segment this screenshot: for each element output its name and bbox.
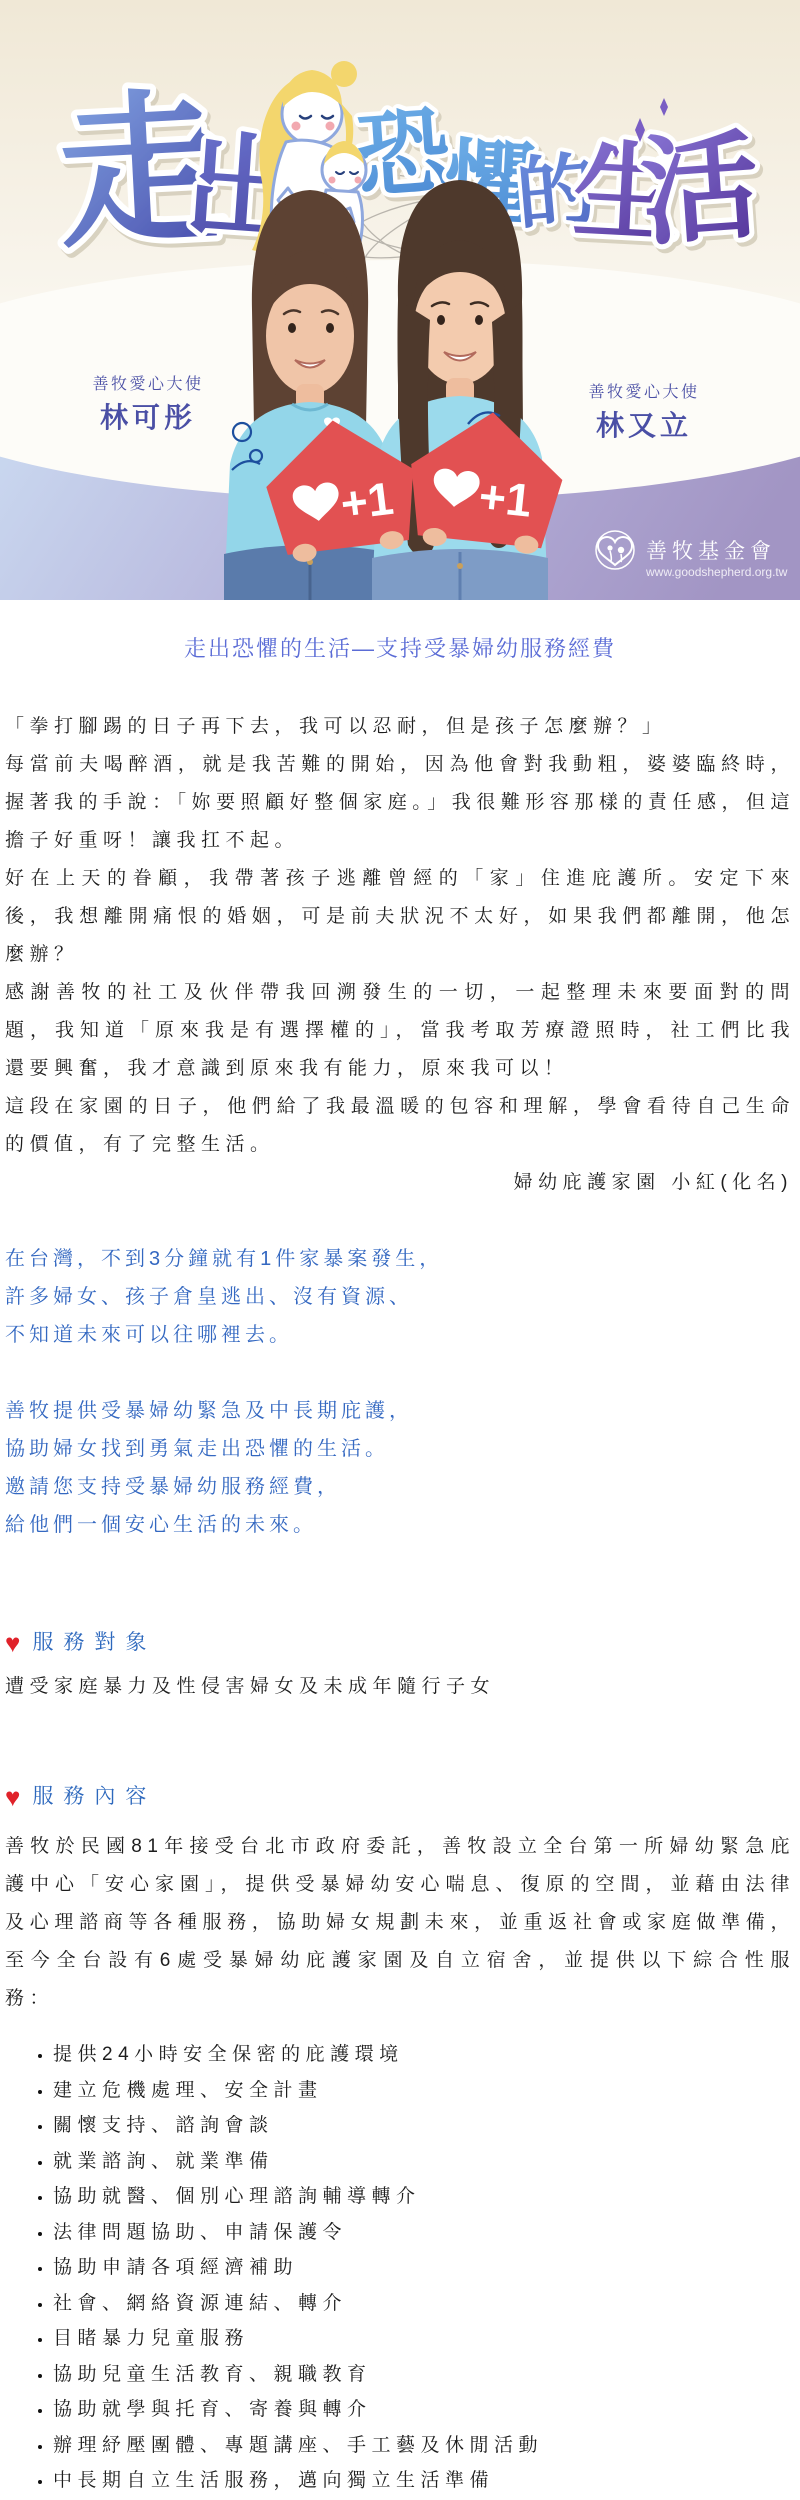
service-audience-heading-label: 服務對象 xyxy=(32,1626,156,1660)
service-list: 提供24小時安全保密的庇護環境建立危機處理、安全計畫關懷支持、諮詢會談就業諮詢、… xyxy=(5,2037,795,2499)
service-list-item: 關懷支持、諮詢會談 xyxy=(53,2108,795,2144)
service-content-heading: ♥ 服務內容 xyxy=(5,1780,795,1814)
appeal-statistics-lines: 在台灣，不到3分鐘就有1件家暴案發生，許多婦女、孩子倉皇逃出、沒有資源、不知道未… xyxy=(5,1240,795,1354)
service-list-item: 建立危機處理、安全計畫 xyxy=(53,2073,795,2109)
service-audience-body: 遭受家庭暴力及性侵害婦女及未成年隨行子女 xyxy=(5,1668,795,1706)
service-list-item: 社會、網絡資源連結、轉介 xyxy=(53,2286,795,2322)
service-list-item: 協助申請各項經濟補助 xyxy=(53,2250,795,2286)
appeal-line: 善牧提供受暴婦幼緊急及中長期庇護， xyxy=(5,1392,795,1430)
service-content-heading-label: 服務內容 xyxy=(32,1780,156,1814)
testimony-section: 「拳打腳踢的日子再下去，我可以忍耐，但是孩子怎麼辦？」 每當前夫喝醉酒，就是我苦… xyxy=(5,708,795,1202)
heart-icon: ♥ xyxy=(5,1784,20,1810)
service-list-item: 辦理紓壓團體、專題講座、手工藝及休閒活動 xyxy=(53,2428,795,2464)
testimony-paragraph: 每當前夫喝醉酒，就是我苦難的開始，因為他會對我動粗，婆婆臨終時，握著我的手說：「… xyxy=(5,746,795,860)
ambassador-right-block: 善牧愛心大使 林又立 xyxy=(582,384,706,442)
service-list-item: 協助兒童生活教育、親職教育 xyxy=(53,2357,795,2393)
ambassador-left-name: 林可彤 xyxy=(86,402,210,434)
appeal-section: 在台灣，不到3分鐘就有1件家暴案發生，許多婦女、孩子倉皇逃出、沒有資源、不知道未… xyxy=(5,1240,795,1544)
appeal-line: 協助婦女找到勇氣走出恐懼的生活。 xyxy=(5,1430,795,1468)
ambassador-left-block: 善牧愛心大使 林可彤 xyxy=(86,376,210,434)
testimony-paragraph: 好在上天的眷顧，我帶著孩子逃離曾經的「家」住進庇護所。安定下來後，我想離開痛恨的… xyxy=(5,860,795,974)
sign-plus-one-label: +1 xyxy=(477,470,535,527)
appeal-line: 在台灣，不到3分鐘就有1件家暴案發生， xyxy=(5,1240,795,1278)
page-title: 走出恐懼的生活—支持受暴婦幼服務經費 xyxy=(5,634,795,664)
testimony-paragraph: 感謝善牧的社工及伙伴帶我回溯發生的一切，一起整理未來要面對的問題，我知道「原來我… xyxy=(5,974,795,1088)
hero-banner: 走 出 恐 懼 的 生 活 xyxy=(0,0,800,600)
logo-name-label: 善牧基金會 xyxy=(646,540,776,563)
appeal-line: 給他們一個安心生活的未來。 xyxy=(5,1506,795,1544)
service-audience-heading: ♥ 服務對象 xyxy=(5,1626,795,1660)
ambassador-right-name: 林又立 xyxy=(582,410,706,442)
appeal-line: 許多婦女、孩子倉皇逃出、沒有資源、 xyxy=(5,1278,795,1316)
appeal-line: 邀請您支持受暴婦幼服務經費， xyxy=(5,1468,795,1506)
sign-plus-one-label: +1 xyxy=(338,472,396,530)
service-content-intro: 善牧於民國81年接受台北市政府委託，善牧設立全台第一所婦幼緊急庇護中心「安心家園… xyxy=(5,1828,795,2018)
service-list-item: 目睹暴力兒童服務 xyxy=(53,2321,795,2357)
article-content: 走出恐懼的生活—支持受暴婦幼服務經費 「拳打腳踢的日子再下去，我可以忍耐，但是孩… xyxy=(0,600,800,2499)
testimony-quote: 「拳打腳踢的日子再下去，我可以忍耐，但是孩子怎麼辦？」 xyxy=(5,708,795,746)
appeal-invitation-lines: 善牧提供受暴婦幼緊急及中長期庇護，協助婦女找到勇氣走出恐懼的生活。邀請您支持受暴… xyxy=(5,1392,795,1544)
service-list-item: 提供24小時安全保密的庇護環境 xyxy=(53,2037,795,2073)
service-list-item: 協助就醫、個別心理諮詢輔導轉介 xyxy=(53,2179,795,2215)
service-content-section: ♥ 服務內容 善牧於民國81年接受台北市政府委託，善牧設立全台第一所婦幼緊急庇護… xyxy=(5,1780,795,2499)
appeal-line: 不知道未來可以往哪裡去。 xyxy=(5,1316,795,1354)
logo-url-label: www.goodshepherd.org.tw xyxy=(645,565,788,579)
testimony-paragraphs: 每當前夫喝醉酒，就是我苦難的開始，因為他會對我動粗，婆婆臨終時，握著我的手說：「… xyxy=(5,746,795,1164)
service-audience-section: ♥ 服務對象 遭受家庭暴力及性侵害婦女及未成年隨行子女 xyxy=(5,1626,795,1706)
testimony-paragraph: 這段在家園的日子，他們給了我最溫暖的包容和理解，學會看待自己生命的價值，有了完整… xyxy=(5,1088,795,1164)
heart-icon: ♥ xyxy=(5,1630,20,1656)
banner-artwork: 走 出 恐 懼 的 生 活 xyxy=(0,0,800,600)
service-list-item: 就業諮詢、就業準備 xyxy=(53,2144,795,2180)
ambassador-right-title: 善牧愛心大使 xyxy=(582,384,706,402)
service-list-item: 法律問題協助、申請保護令 xyxy=(53,2215,795,2251)
ambassador-left-title: 善牧愛心大使 xyxy=(86,376,210,394)
title-char-7: 活 xyxy=(637,120,764,260)
testimony-attribution: 婦幼庇護家園 小紅(化名) xyxy=(5,1164,795,1202)
service-list-item: 中長期自立生活服務，邁向獨立生活準備 xyxy=(53,2463,795,2499)
page: 走 出 恐 懼 的 生 活 xyxy=(0,0,800,2500)
service-list-item: 協助就學與托育、寄養與轉介 xyxy=(53,2392,795,2428)
